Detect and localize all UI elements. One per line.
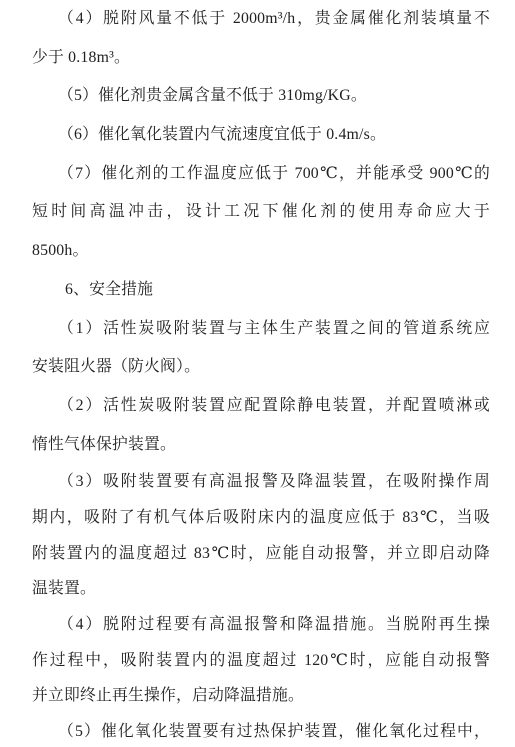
- text-line: （4）脱附过程要有高温报警和降温措施。当脱附再生操: [32, 607, 490, 643]
- text-line: 温装置。: [32, 571, 490, 607]
- document-text-block: （4）脱附风量不低于 2000m³/h，贵金属催化剂装填量不 少于 0.18m³…: [32, 0, 490, 747]
- paragraph-safety-1: （1）活性炭吸附装置与主体生产装置之间的管道系统应 安装阻火器（防火阀）。: [32, 310, 490, 387]
- text-line: （6）催化氧化装置内气流速度宜低于 0.4m/s。: [32, 116, 490, 155]
- text-line: 安装阻火器（防火阀）。: [32, 348, 490, 387]
- text-line: 少于 0.18m³。: [32, 39, 490, 78]
- paragraph-safety-5: （5）催化氧化装置要有过热保护装置，催化氧化过程中，: [32, 714, 490, 747]
- text-line: 作过程中，吸附装置内的温度超过 120℃时，应能自动报警: [32, 643, 490, 679]
- heading-safety-measures: 6、安全措施: [32, 271, 490, 310]
- text-line: 惰性气体保护装置。: [32, 426, 490, 465]
- text-line: （4）脱附风量不低于 2000m³/h，贵金属催化剂装填量不: [32, 0, 490, 39]
- paragraph-safety-3: （3）吸附装置要有高温报警及降温装置，在吸附操作周 期内，吸附了有机气体后吸附床…: [32, 464, 490, 607]
- text-line: （3）吸附装置要有高温报警及降温装置，在吸附操作周: [32, 464, 490, 500]
- paragraph-spec-5: （5）催化剂贵金属含量不低于 310mg/KG。: [32, 77, 490, 116]
- text-line: 8500h。: [32, 232, 490, 271]
- paragraph-spec-6: （6）催化氧化装置内气流速度宜低于 0.4m/s。: [32, 116, 490, 155]
- text-line: 期内，吸附了有机气体后吸附床内的温度应低于 83℃，当吸: [32, 500, 490, 536]
- text-line: （5）催化氧化装置要有过热保护装置，催化氧化过程中，: [32, 714, 490, 747]
- text-line: （5）催化剂贵金属含量不低于 310mg/KG。: [32, 77, 490, 116]
- section-heading-text: 6、安全措施: [32, 271, 490, 310]
- text-line: （1）活性炭吸附装置与主体生产装置之间的管道系统应: [32, 310, 490, 349]
- document-page: （4）脱附风量不低于 2000m³/h，贵金属催化剂装填量不 少于 0.18m³…: [0, 0, 515, 747]
- text-line: （2）活性炭吸附装置应配置除静电装置，并配置喷淋或: [32, 387, 490, 426]
- paragraph-spec-4: （4）脱附风量不低于 2000m³/h，贵金属催化剂装填量不 少于 0.18m³…: [32, 0, 490, 77]
- paragraph-safety-2: （2）活性炭吸附装置应配置除静电装置，并配置喷淋或 惰性气体保护装置。: [32, 387, 490, 464]
- text-line: 短时间高温冲击，设计工况下催化剂的使用寿命应大于: [32, 193, 490, 232]
- paragraph-safety-4: （4）脱附过程要有高温报警和降温措施。当脱附再生操 作过程中，吸附装置内的温度超…: [32, 607, 490, 714]
- text-line: 并立即终止再生操作，启动降温措施。: [32, 678, 490, 714]
- text-line: 附装置内的温度超过 83℃时，应能自动报警，并立即启动降: [32, 536, 490, 572]
- text-line: （7）催化剂的工作温度应低于 700℃，并能承受 900℃的: [32, 155, 490, 194]
- paragraph-spec-7: （7）催化剂的工作温度应低于 700℃，并能承受 900℃的 短时间高温冲击，设…: [32, 155, 490, 271]
